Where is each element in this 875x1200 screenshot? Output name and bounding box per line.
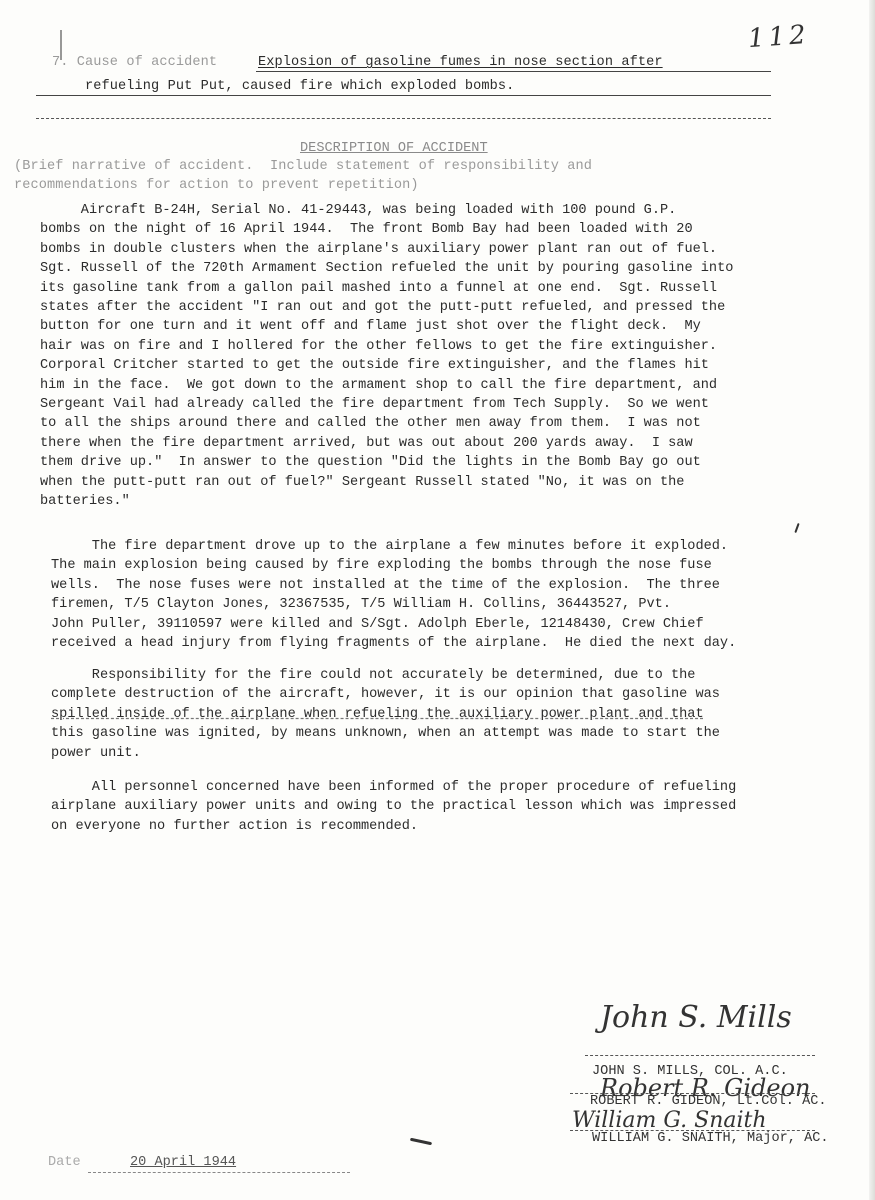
description-heading: DESCRIPTION OF ACCIDENT (300, 141, 488, 156)
signature-typed-2: ROBERT R. GIDEON, Lt.Col. AC. (590, 1094, 827, 1109)
text-line: there when the fire department arrived, … (40, 434, 800, 453)
text-line: bombs in double clusters when the airpla… (40, 240, 800, 259)
text-line: when the putt-putt ran out of fuel?" Ser… (40, 473, 800, 492)
cause-line-1: Explosion of gasoline fumes in nose sect… (258, 53, 663, 72)
text-line: received a head injury from flying fragm… (51, 634, 811, 653)
cause-rule-2 (36, 95, 771, 96)
text-line: The fire department drove up to the airp… (51, 537, 811, 556)
text-line: states after the accident "I ran out and… (40, 298, 800, 317)
text-line: batteries." (40, 492, 800, 511)
stray-mark (410, 1138, 432, 1146)
cause-rule-1 (256, 71, 771, 72)
date-value: 20 April 1944 (130, 1155, 236, 1170)
responsibility-paragraph: Responsibility for the fire could not ac… (51, 666, 811, 763)
description-instruction-1: (Brief narrative of accident. Include st… (14, 157, 592, 176)
signature-rule-1 (585, 1055, 815, 1056)
text-line: All personnel concerned have been inform… (51, 778, 811, 797)
text-line: hair was on fire and I hollered for the … (40, 337, 800, 356)
date-label: Date (48, 1155, 81, 1170)
text-line: spilled inside of the airplane when refu… (51, 705, 811, 724)
text-line: John Puller, 39110597 were killed and S/… (51, 615, 811, 634)
text-line: him in the face. We got down to the arma… (40, 376, 800, 395)
text-line: complete destruction of the aircraft, ho… (51, 685, 811, 704)
text-line: to all the ships around there and called… (40, 414, 800, 433)
document-page: 112 7. Cause of accident Explosion of ga… (0, 0, 875, 1200)
stray-mark (794, 523, 799, 533)
narrative-paragraph-1: Aircraft B-24H, Serial No. 41-29443, was… (40, 201, 800, 512)
text-line: Sgt. Russell of the 720th Armament Secti… (40, 259, 800, 278)
text-line: power unit. (51, 744, 811, 763)
text-line: airplane auxiliary power units and owing… (51, 797, 811, 816)
text-line: Responsibility for the fire could not ac… (51, 666, 811, 685)
text-line: The main explosion being caused by fire … (51, 556, 811, 575)
text-line: this gasoline was ignited, by means unkn… (51, 724, 811, 743)
text-line: Sergeant Vail had already called the fir… (40, 395, 800, 414)
page-number: 112 (747, 20, 811, 54)
text-line: Aircraft B-24H, Serial No. 41-29443, was… (40, 201, 800, 220)
page-edge (869, 0, 875, 1200)
text-line: its gasoline tank from a gallon pail mas… (40, 279, 800, 298)
recommendation-paragraph: All personnel concerned have been inform… (51, 778, 811, 836)
text-line: firemen, T/5 Clayton Jones, 32367535, T/… (51, 595, 811, 614)
text-line: button for one turn and it went off and … (40, 317, 800, 336)
description-instruction-2: recommendations for action to prevent re… (14, 176, 419, 195)
text-line: Corporal Critcher started to get the out… (40, 356, 800, 375)
text-line: wells. The nose fuses were not installed… (51, 576, 811, 595)
text-line: them drive up." In answer to the questio… (40, 453, 800, 472)
cause-rule-3 (36, 118, 771, 119)
text-line: bombs on the night of 16 April 1944. The… (40, 220, 800, 239)
cause-label: 7. Cause of accident (52, 53, 217, 72)
cause-line-2: refueling Put Put, caused fire which exp… (85, 77, 514, 96)
signature-typed-3: WILLIAM G. SNAITH, Major, AC. (592, 1131, 829, 1146)
narrative-paragraph-2: The fire department drove up to the airp… (51, 537, 811, 653)
signature-handwritten-1: John S. Mills (600, 1000, 792, 1035)
date-rule (88, 1172, 350, 1173)
text-line: on everyone no further action is recomme… (51, 817, 811, 836)
